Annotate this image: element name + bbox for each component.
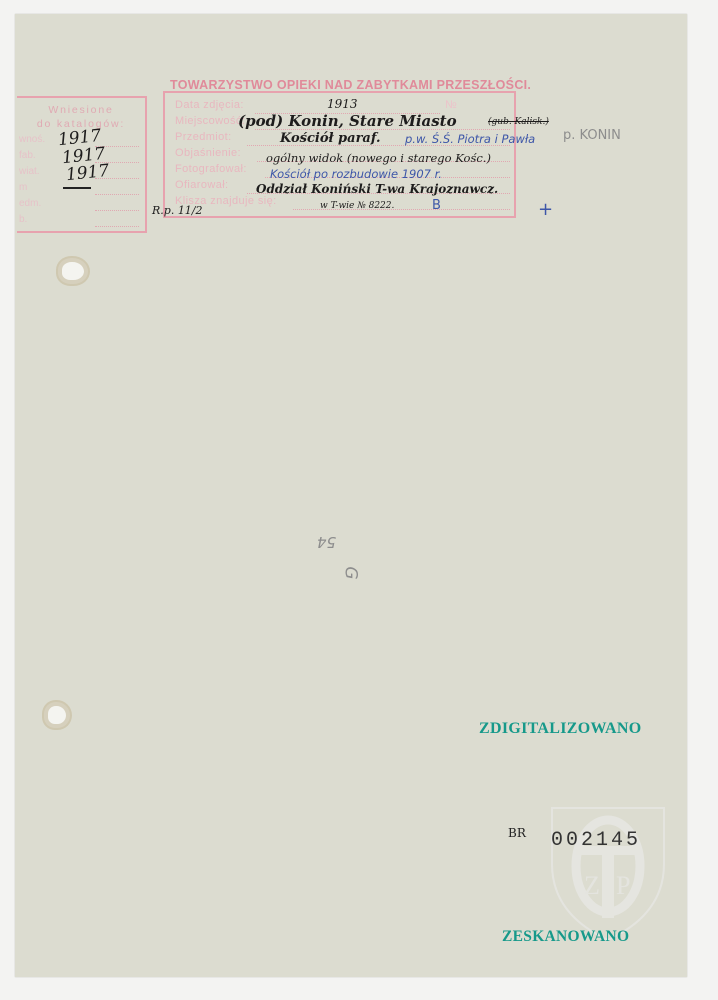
catalog-row: b. xyxy=(17,214,139,228)
photo-donor: Oddział Koniński T-wa Krajoznawcz. xyxy=(256,182,498,196)
margin-note: R.p. 11/2 xyxy=(152,204,203,217)
catalog-row: m xyxy=(17,182,139,196)
catalog-prefix: BR xyxy=(508,826,526,840)
library-emblem-watermark: Z P xyxy=(548,804,668,944)
punch-hole-top xyxy=(62,262,84,280)
catalog-row: edm. xyxy=(17,198,139,212)
pencil-mark-number: 54 xyxy=(317,533,336,551)
photo-subject-dedication: p.w. Ś.Ś. Piotra i Pawła xyxy=(405,132,535,146)
cross-mark: + xyxy=(538,199,553,220)
number-label: № xyxy=(445,99,457,111)
svg-text:P: P xyxy=(616,871,630,900)
pencil-mark-letter: G xyxy=(341,566,361,579)
photo-place: (pod) Konin, Stare Miasto xyxy=(238,112,457,130)
photo-photographer: Kościół po rozbudowie 1907 r. xyxy=(270,167,442,181)
svg-text:Z: Z xyxy=(584,871,600,900)
plate-location-suffix: B xyxy=(432,198,441,213)
place-note-strikethrough: (gub. Kalisk.) xyxy=(488,117,549,127)
catalog-number: 002145 xyxy=(551,829,641,852)
catalog-underline xyxy=(63,187,91,189)
photo-explanation: ogólny widok (nowego i starego Kośc.) xyxy=(266,151,491,165)
photo-subject: Kościół paraf. xyxy=(280,131,381,146)
photo-date: 1913 xyxy=(327,97,358,111)
scanned-stamp: ZESKANOWANO xyxy=(502,928,629,946)
society-stamp-title: TOWARZYSTWO OPIEKI NAD ZABYTKAMI PRZESZŁ… xyxy=(170,78,531,92)
punch-hole-bottom xyxy=(48,706,66,724)
plate-location: w T-wie № 8222. xyxy=(320,201,394,211)
digitized-stamp: ZDIGITALIZOWANO xyxy=(479,720,641,738)
catalog-heading-1: Wniesione xyxy=(17,104,145,116)
place-note-pencil: p. KONIN xyxy=(563,128,621,143)
